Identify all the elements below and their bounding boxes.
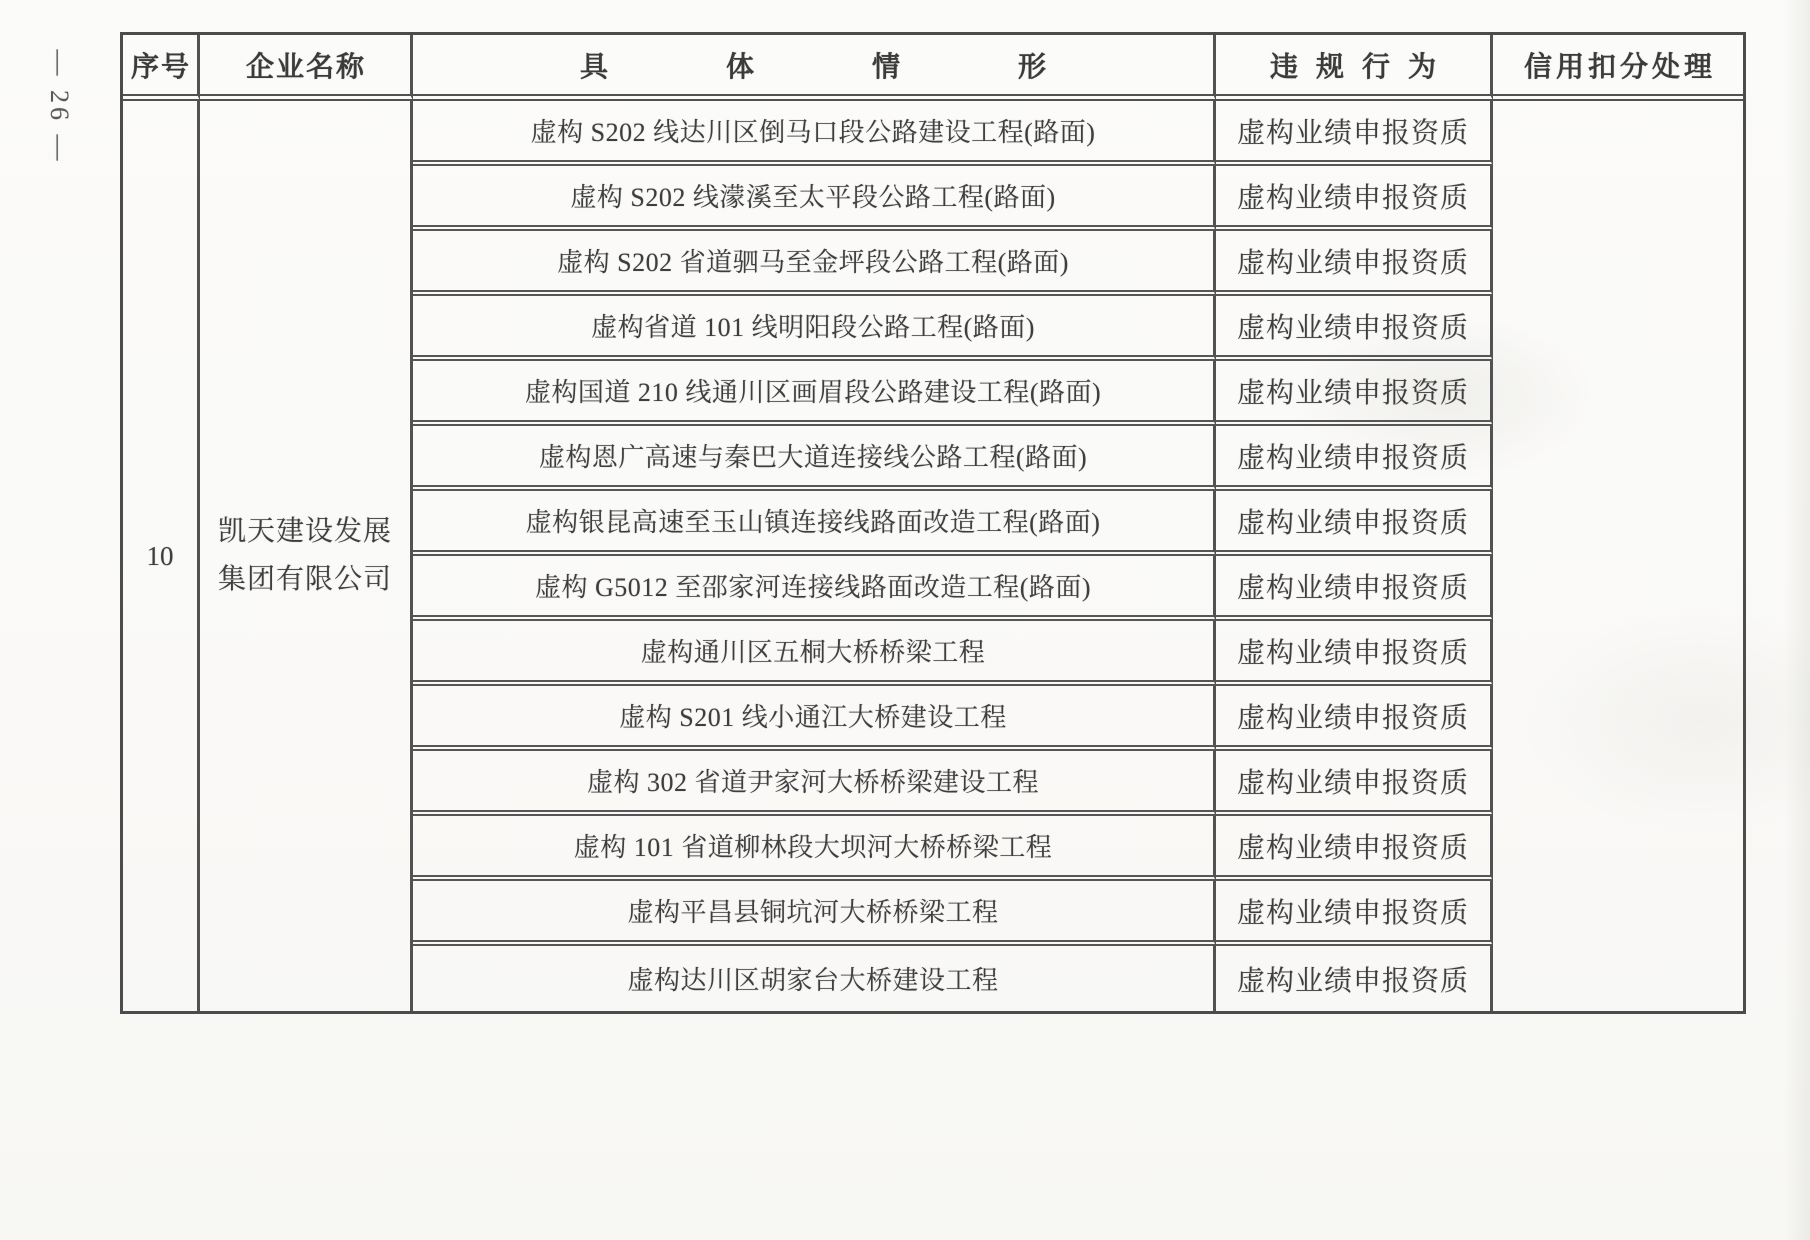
seq-cell: 10	[123, 101, 200, 1011]
header-situation: 具体情形	[413, 35, 1216, 101]
violation-cell: 虚构业绩申报资质	[1216, 816, 1493, 881]
situation-cell: 虚构平昌县铜坑河大桥桥梁工程	[413, 881, 1216, 946]
situation-cell: 虚构省道 101 线明阳段公路工程(路面)	[413, 296, 1216, 361]
page-number: — 26 —	[44, 32, 74, 182]
violation-cell: 虚构业绩申报资质	[1216, 946, 1493, 1011]
violation-cell: 虚构业绩申报资质	[1216, 686, 1493, 751]
situation-cell: 虚构银昆高速至玉山镇连接线路面改造工程(路面)	[413, 491, 1216, 556]
situation-cell: 虚构 S201 线小通江大桥建设工程	[413, 686, 1216, 751]
header-credit: 信用扣分处理	[1493, 35, 1743, 101]
violation-cell: 虚构业绩申报资质	[1216, 166, 1493, 231]
violation-cell: 虚构业绩申报资质	[1216, 621, 1493, 686]
company-name-line1: 凯天建设发展	[218, 508, 392, 556]
credit-cell	[1493, 101, 1743, 1011]
violation-cell: 虚构业绩申报资质	[1216, 296, 1493, 361]
header-company: 企业名称	[200, 35, 413, 101]
violation-cell: 虚构业绩申报资质	[1216, 751, 1493, 816]
situation-cell: 虚构国道 210 线通川区画眉段公路建设工程(路面)	[413, 361, 1216, 426]
situation-cell: 虚构 S202 线濛溪至太平段公路工程(路面)	[413, 166, 1216, 231]
violation-cell: 虚构业绩申报资质	[1216, 426, 1493, 491]
situation-cell: 虚构 S202 省道驷马至金坪段公路工程(路面)	[413, 231, 1216, 296]
violation-cell: 虚构业绩申报资质	[1216, 101, 1493, 166]
situation-cell: 虚构恩广高速与秦巴大道连接线公路工程(路面)	[413, 426, 1216, 491]
header-violation: 违规行为	[1216, 35, 1493, 101]
situation-cell: 虚构 G5012 至邵家河连接线路面改造工程(路面)	[413, 556, 1216, 621]
situation-cell: 虚构 302 省道尹家河大桥桥梁建设工程	[413, 751, 1216, 816]
company-name-line2: 集团有限公司	[218, 556, 392, 604]
violation-cell: 虚构业绩申报资质	[1216, 556, 1493, 621]
violation-cell: 虚构业绩申报资质	[1216, 491, 1493, 556]
company-cell: 凯天建设发展 集团有限公司	[200, 101, 413, 1011]
violation-cell: 虚构业绩申报资质	[1216, 361, 1493, 426]
situation-cell: 虚构达川区胡家台大桥建设工程	[413, 946, 1216, 1011]
situation-cell: 虚构通川区五桐大桥桥梁工程	[413, 621, 1216, 686]
situation-cell: 虚构 101 省道柳林段大坝河大桥桥梁工程	[413, 816, 1216, 881]
violation-cell: 虚构业绩申报资质	[1216, 881, 1493, 946]
header-seq: 序号	[123, 35, 200, 101]
situation-cell: 虚构 S202 线达川区倒马口段公路建设工程(路面)	[413, 101, 1216, 166]
violation-table: 序号 企业名称 具体情形 违规行为 信用扣分处理 10 凯天建设发展 集团有限公…	[120, 32, 1746, 1014]
violation-cell: 虚构业绩申报资质	[1216, 231, 1493, 296]
